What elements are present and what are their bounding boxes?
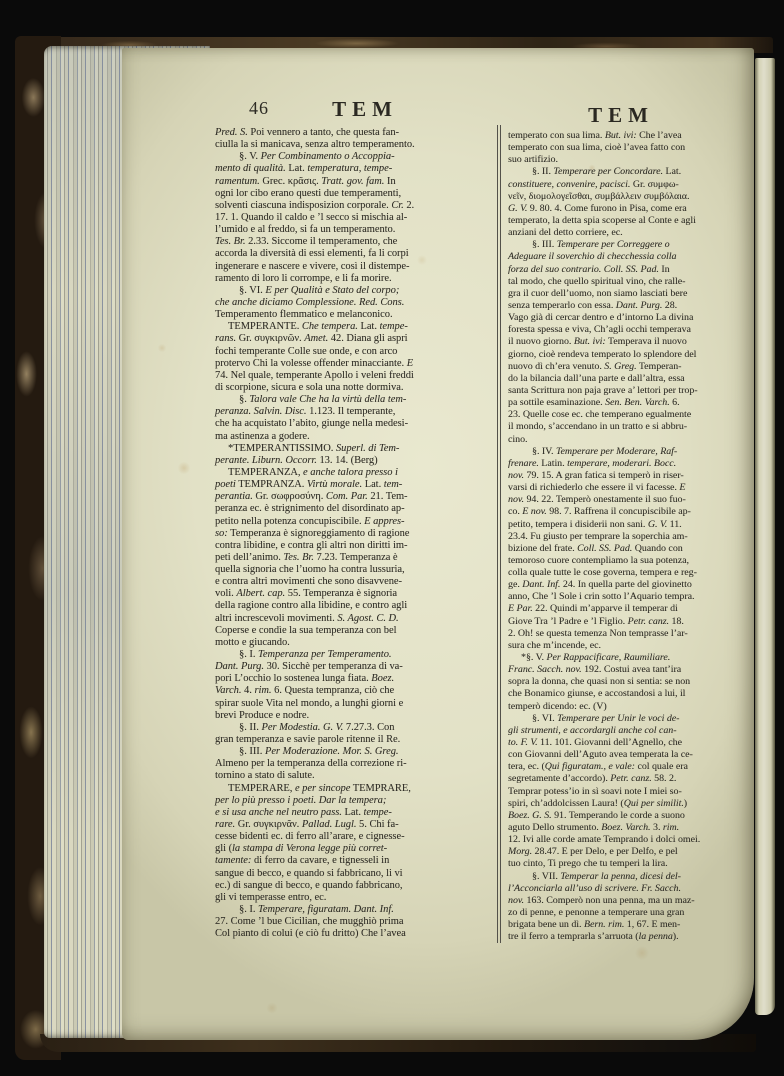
text-line: varsi di richiederlo che essere il vi fa… bbox=[508, 482, 754, 494]
column-divider-rule bbox=[497, 125, 501, 943]
text-line: Dant. Purg. 30. Sicchè per temperanza di… bbox=[215, 661, 499, 673]
text-line: TEMPERARE, e per sincope TEMPRARE, bbox=[215, 783, 499, 795]
text-line: suo artifizio. bbox=[508, 154, 754, 166]
text-line: tera, ec. (Qui figuratam., e vale: col q… bbox=[508, 761, 754, 773]
text-line: l’Acconciarla all’uso di scrivere. Fr. S… bbox=[508, 883, 754, 895]
text-line: ingenerare e nascere e vivere, così il d… bbox=[215, 261, 499, 273]
text-line: §. V. Per Combinamento o Accoppia- bbox=[215, 151, 499, 163]
text-line: sangue di becco, e quando si fabbricano,… bbox=[215, 868, 499, 880]
text-line: so: Temperanza è signoreggiamento di rag… bbox=[215, 528, 499, 540]
text-line: 12. Ivi alle corde amate Temprando i dol… bbox=[508, 834, 754, 846]
next-page-fore-edge bbox=[755, 58, 775, 1015]
text-line: Varch. 4. rim. 6. Questa tempranza, ciò … bbox=[215, 685, 499, 697]
text-line: nov. 94. 22. Temperò onestamente il suo … bbox=[508, 494, 754, 506]
text-line: cesse bidenti ec. di ferro all’arare, e … bbox=[215, 831, 499, 843]
text-line: perantia. Gr. σωφροσύνη. Com. Par. 21. T… bbox=[215, 491, 499, 503]
text-line: §. III. Per Moderazione. Mor. S. Greg. bbox=[215, 746, 499, 758]
text-line: gli (la stampa di Verona legge più corre… bbox=[215, 843, 499, 855]
text-line: temperato con sua lima. But. ivi: Che l’… bbox=[508, 130, 754, 142]
text-line: della ragione contro alla libidine, e co… bbox=[215, 600, 499, 612]
text-line: tamente: di ferro da cavare, e tignessel… bbox=[215, 855, 499, 867]
text-line: Giove Tra ’l Padre e ’l Figlio. Petr. ca… bbox=[508, 616, 754, 628]
text-line: ec.) di sangue di becco, e quando fabbri… bbox=[215, 880, 499, 892]
text-line: ramento di loro li corrompe, e li fa mor… bbox=[215, 273, 499, 285]
text-line: gra il cuor dell’uomo, non siamo lasciat… bbox=[508, 288, 754, 300]
text-line: santa Scrittura non paja grave a’ lettor… bbox=[508, 385, 754, 397]
text-line: per lo più presso i poeti. Dar la temper… bbox=[215, 795, 499, 807]
text-line: quella signoria che l’uomo ha contra lus… bbox=[215, 564, 499, 576]
text-line: temperò dicendo: ec. (V) bbox=[508, 701, 754, 713]
text-line: segretamente d’accordo). Petr. canz. 58.… bbox=[508, 773, 754, 785]
running-head-left: TEM bbox=[300, 97, 430, 122]
text-line: gli vi temperasse entro, ec. bbox=[215, 892, 499, 904]
text-line: aguto Dello strumento. Boez. Varch. 3. r… bbox=[508, 822, 754, 834]
text-line: protervo Chi la volesse offender minacci… bbox=[215, 358, 499, 370]
text-line: §. VI. E per Qualità e Stato del corpo; bbox=[215, 285, 499, 297]
text-line: nuovo dì ch’era venuto. S. Greg. Tempera… bbox=[508, 361, 754, 373]
text-line: do la bilancia dall’una parte e dall’alt… bbox=[508, 373, 754, 385]
text-line: poeti TEMPRANZA. Virtù morale. Lat. tem- bbox=[215, 479, 499, 491]
text-line: tuo cinto, Ti prego che tu temperi la li… bbox=[508, 858, 754, 870]
text-line: TEMPERANZA, e anche talora presso i bbox=[215, 467, 499, 479]
text-line: rans. Gr. συγκιρνῶν. Amet. 42. Diana gli… bbox=[215, 333, 499, 345]
text-line: pa sottile esaminazione. Sen. Ben. Varch… bbox=[508, 397, 754, 409]
text-line: temoroso cuore contempliamo la sua poten… bbox=[508, 555, 754, 567]
text-line: co. E nov. 98. 7. Raffrena il concupisci… bbox=[508, 506, 754, 518]
text-line: il nuovo giorno. But. ivi: Temperava il … bbox=[508, 336, 754, 348]
text-line: sopra la donna, che quasi non si sentia:… bbox=[508, 676, 754, 688]
text-line: nov. 163. Comperò non una penna, ma un m… bbox=[508, 895, 754, 907]
text-line: brevi Produce e nodre. bbox=[215, 710, 499, 722]
text-line: ogni lor cibo erano questi due temperame… bbox=[215, 188, 499, 200]
text-line: gran temperanza e savie parole ritenne i… bbox=[215, 734, 499, 746]
text-line: nov. 79. 15. A gran fatica si temperò in… bbox=[508, 470, 754, 482]
text-line: ciulla la si manicava, senza altro tempe… bbox=[215, 139, 499, 151]
text-line: Morg. 28.47. E per Delo, e per Delfo, e … bbox=[508, 846, 754, 858]
text-line: temperato con sua lima, cioè l’avea fatt… bbox=[508, 142, 754, 154]
text-line: peti dell’animo. Tes. Br. 7.23. Temperan… bbox=[215, 552, 499, 564]
text-line: il mondo, s’accendano in un tratto e si … bbox=[508, 421, 754, 433]
text-line: Boez. G. S. 91. Temperando le corde a su… bbox=[508, 810, 754, 822]
text-line: gli strumenti, e accordargli anche col c… bbox=[508, 725, 754, 737]
book-photograph: 46 TEM TEM Pred. S. Poi vennero a tanto,… bbox=[0, 0, 784, 1076]
text-line: Franc. Sacch. nov. 192. Costui avea tant… bbox=[508, 664, 754, 676]
text-line: §. VII. Temperar la penna, dicesi del- bbox=[508, 871, 754, 883]
text-line: tornino a stato di salute. bbox=[215, 770, 499, 782]
text-line: constituere, convenire, pacisci. Gr. συμ… bbox=[508, 179, 754, 191]
right-column: temperato con sua lima. But. ivi: Che l’… bbox=[508, 130, 754, 943]
text-line: perante. Liburn. Occorr. 13. 14. (Berg) bbox=[215, 455, 499, 467]
text-line: tre il ferro a temprarla s’arruota (la p… bbox=[508, 931, 754, 943]
text-line: §. I. Temperanza per Temperamento. bbox=[215, 649, 499, 661]
text-line: senza temperarlo con essa. Dant. Purg. 2… bbox=[508, 300, 754, 312]
text-line: giorno, cioè rendeva temperato lo splend… bbox=[508, 349, 754, 361]
text-line: contra libidine, e contra gli altri non … bbox=[215, 540, 499, 552]
text-line: spiri, ch’addolcissen Laura! (Qui per si… bbox=[508, 798, 754, 810]
text-line: colla quale tutte le cose governa, tempe… bbox=[508, 567, 754, 579]
text-line: solventi ciascuna indisposizion corporal… bbox=[215, 200, 499, 212]
text-line: Col pianto di colui (e ciò fu dritto) Ch… bbox=[215, 928, 499, 940]
text-line: forza del suo contrario. Coll. SS. Pad. … bbox=[508, 264, 754, 276]
dictionary-page: 46 TEM TEM Pred. S. Poi vennero a tanto,… bbox=[122, 48, 754, 1040]
text-line: anno, Che ’l Sole i crin sotto l’Aquario… bbox=[508, 591, 754, 603]
text-line: tal modo, che quello spiritual vino, che… bbox=[508, 276, 754, 288]
text-line: frenare. Latin. temperare, moderari. Boc… bbox=[508, 458, 754, 470]
text-line: *§. V. Per Rappacificare, Raumiliare. bbox=[508, 652, 754, 664]
text-line: petito nella potenza concupiscibile. E a… bbox=[215, 516, 499, 528]
text-line: che anche diciamo Complessione. Red. Con… bbox=[215, 297, 499, 309]
text-line: altri increscevoli movimenti. S. Agost. … bbox=[215, 613, 499, 625]
text-line: E Par. 22. Quindi m’apparve il temperar … bbox=[508, 603, 754, 615]
text-line: ge. Dant. Inf. 24. In quella parte del g… bbox=[508, 579, 754, 591]
text-line: spirar suole Vita nel mondo, a lunghi gi… bbox=[215, 698, 499, 710]
text-line: Temperamento flemmatico e melanconico. bbox=[215, 309, 499, 321]
text-line: §. IV. Temperare per Moderare, Raf- bbox=[508, 446, 754, 458]
text-line: §. I. Temperare, figuratam. Dant. Inf. bbox=[215, 904, 499, 916]
text-line: 27. Come ’l bue Cicilian, che mugghiò pr… bbox=[215, 916, 499, 928]
text-line: petito, tempera i disiderii non sani. G.… bbox=[508, 519, 754, 531]
text-line: temperato, la detta spia scoperse al Con… bbox=[508, 215, 754, 227]
left-column: Pred. S. Poi vennero a tanto, che questa… bbox=[215, 127, 499, 940]
text-line: §. Talora vale Che ha la virtù della tem… bbox=[215, 394, 499, 406]
text-line: 2. Oh! se questa temenza Non temprasse l… bbox=[508, 628, 754, 640]
text-line: voli. Albert. cap. 55. Temperanza è sign… bbox=[215, 588, 499, 600]
text-line: di scorpione, sicura e sola una notte do… bbox=[215, 382, 499, 394]
text-line: che Bonamico giunse, e accostandosi a lu… bbox=[508, 688, 754, 700]
text-line: Vago già di cercar dentro e d’intorno La… bbox=[508, 312, 754, 324]
text-line: rare. Gr. συγκιρνᾶν. Pallad. Lugl. 5. Ch… bbox=[215, 819, 499, 831]
text-line: foresta spessa e viva, Ch’agli occhi tem… bbox=[508, 324, 754, 336]
text-line: Temprar potess’io in sì soavi note I mie… bbox=[508, 786, 754, 798]
text-line: ramentum. Grec. κρᾶσις. Tratt. gov. fam.… bbox=[215, 176, 499, 188]
text-line: brigata bene un dì. Bern. rim. 1, 67. E … bbox=[508, 919, 754, 931]
text-line: 74. Nel quale, temperante Apollo i velen… bbox=[215, 370, 499, 382]
text-line: *TEMPERANTISSIMO. Superl. di Tem- bbox=[215, 443, 499, 455]
text-line: §. II. Temperare per Concordare. Lat. bbox=[508, 166, 754, 178]
text-line: G. V. 9. 80. 4. Come furono in Pisa, com… bbox=[508, 203, 754, 215]
text-line: §. II. Per Modestia. G. V. 7.27.3. Con bbox=[215, 722, 499, 734]
text-line: anziani del detto corriere, ec. bbox=[508, 227, 754, 239]
text-line: νεῖν, διομολογεῖσθαι, συμβάλλειν συμβόλα… bbox=[508, 191, 754, 203]
text-line: peranza ec. è strignimento del disordina… bbox=[215, 503, 499, 515]
text-line: che ha acquistato l’abito, giunge nella … bbox=[215, 418, 499, 430]
text-line: TEMPERANTE. Che tempera. Lat. tempe- bbox=[215, 321, 499, 333]
text-line: Almeno per la temperanza della correzion… bbox=[215, 758, 499, 770]
text-line: Adeguare il soverchio di checchessia col… bbox=[508, 251, 754, 263]
text-line: §. VI. Temperare per Unir le voci de- bbox=[508, 713, 754, 725]
text-line: 23. Quelle cose ec. che temperano egualm… bbox=[508, 409, 754, 421]
text-line: Pred. S. Poi vennero a tanto, che questa… bbox=[215, 127, 499, 139]
text-line: pori L’occhio lo sostenea lunga fiata. B… bbox=[215, 673, 499, 685]
text-line: cino. bbox=[508, 434, 754, 446]
text-line: 23.4. Fu giusto per temprare la soperchi… bbox=[508, 531, 754, 543]
text-line: motto e giucando. bbox=[215, 637, 499, 649]
text-line: peranza. Salvin. Disc. 1.123. Il tempera… bbox=[215, 406, 499, 418]
text-line: mento di qualità. Lat. temperatura, temp… bbox=[215, 163, 499, 175]
text-line: accorda la diversità di essi elementi, f… bbox=[215, 248, 499, 260]
text-line: e contra altri movimenti che sono disavv… bbox=[215, 576, 499, 588]
text-line: 17. 1. Quando il caldo e ’l secco si mis… bbox=[215, 212, 499, 224]
text-line: fochi temperante Colle sue onde, e con a… bbox=[215, 346, 499, 358]
text-line: Coperse e condìe la sua temperanza con b… bbox=[215, 625, 499, 637]
text-line: to. F. V. 11. 101. Giovanni dell’Agnello… bbox=[508, 737, 754, 749]
text-line: Tes. Br. 2.33. Siccome il temperamento, … bbox=[215, 236, 499, 248]
text-line: sura che m’incende, ec. bbox=[508, 640, 754, 652]
text-line: e si usa anche nel neutro pass. Lat. tem… bbox=[215, 807, 499, 819]
text-line: l’umido e al freddo, si fa un temperamen… bbox=[215, 224, 499, 236]
text-line: §. III. Temperare per Correggere o bbox=[508, 239, 754, 251]
text-line: con Giovanni dell’Aguto avea temperata l… bbox=[508, 749, 754, 761]
text-line: zo di penne, e penonne a temperare una g… bbox=[508, 907, 754, 919]
running-head-right: TEM bbox=[556, 103, 686, 128]
text-line: ma astinenza a godere. bbox=[215, 431, 499, 443]
text-line: bizione del frate. Coll. SS. Pad. Quando… bbox=[508, 543, 754, 555]
